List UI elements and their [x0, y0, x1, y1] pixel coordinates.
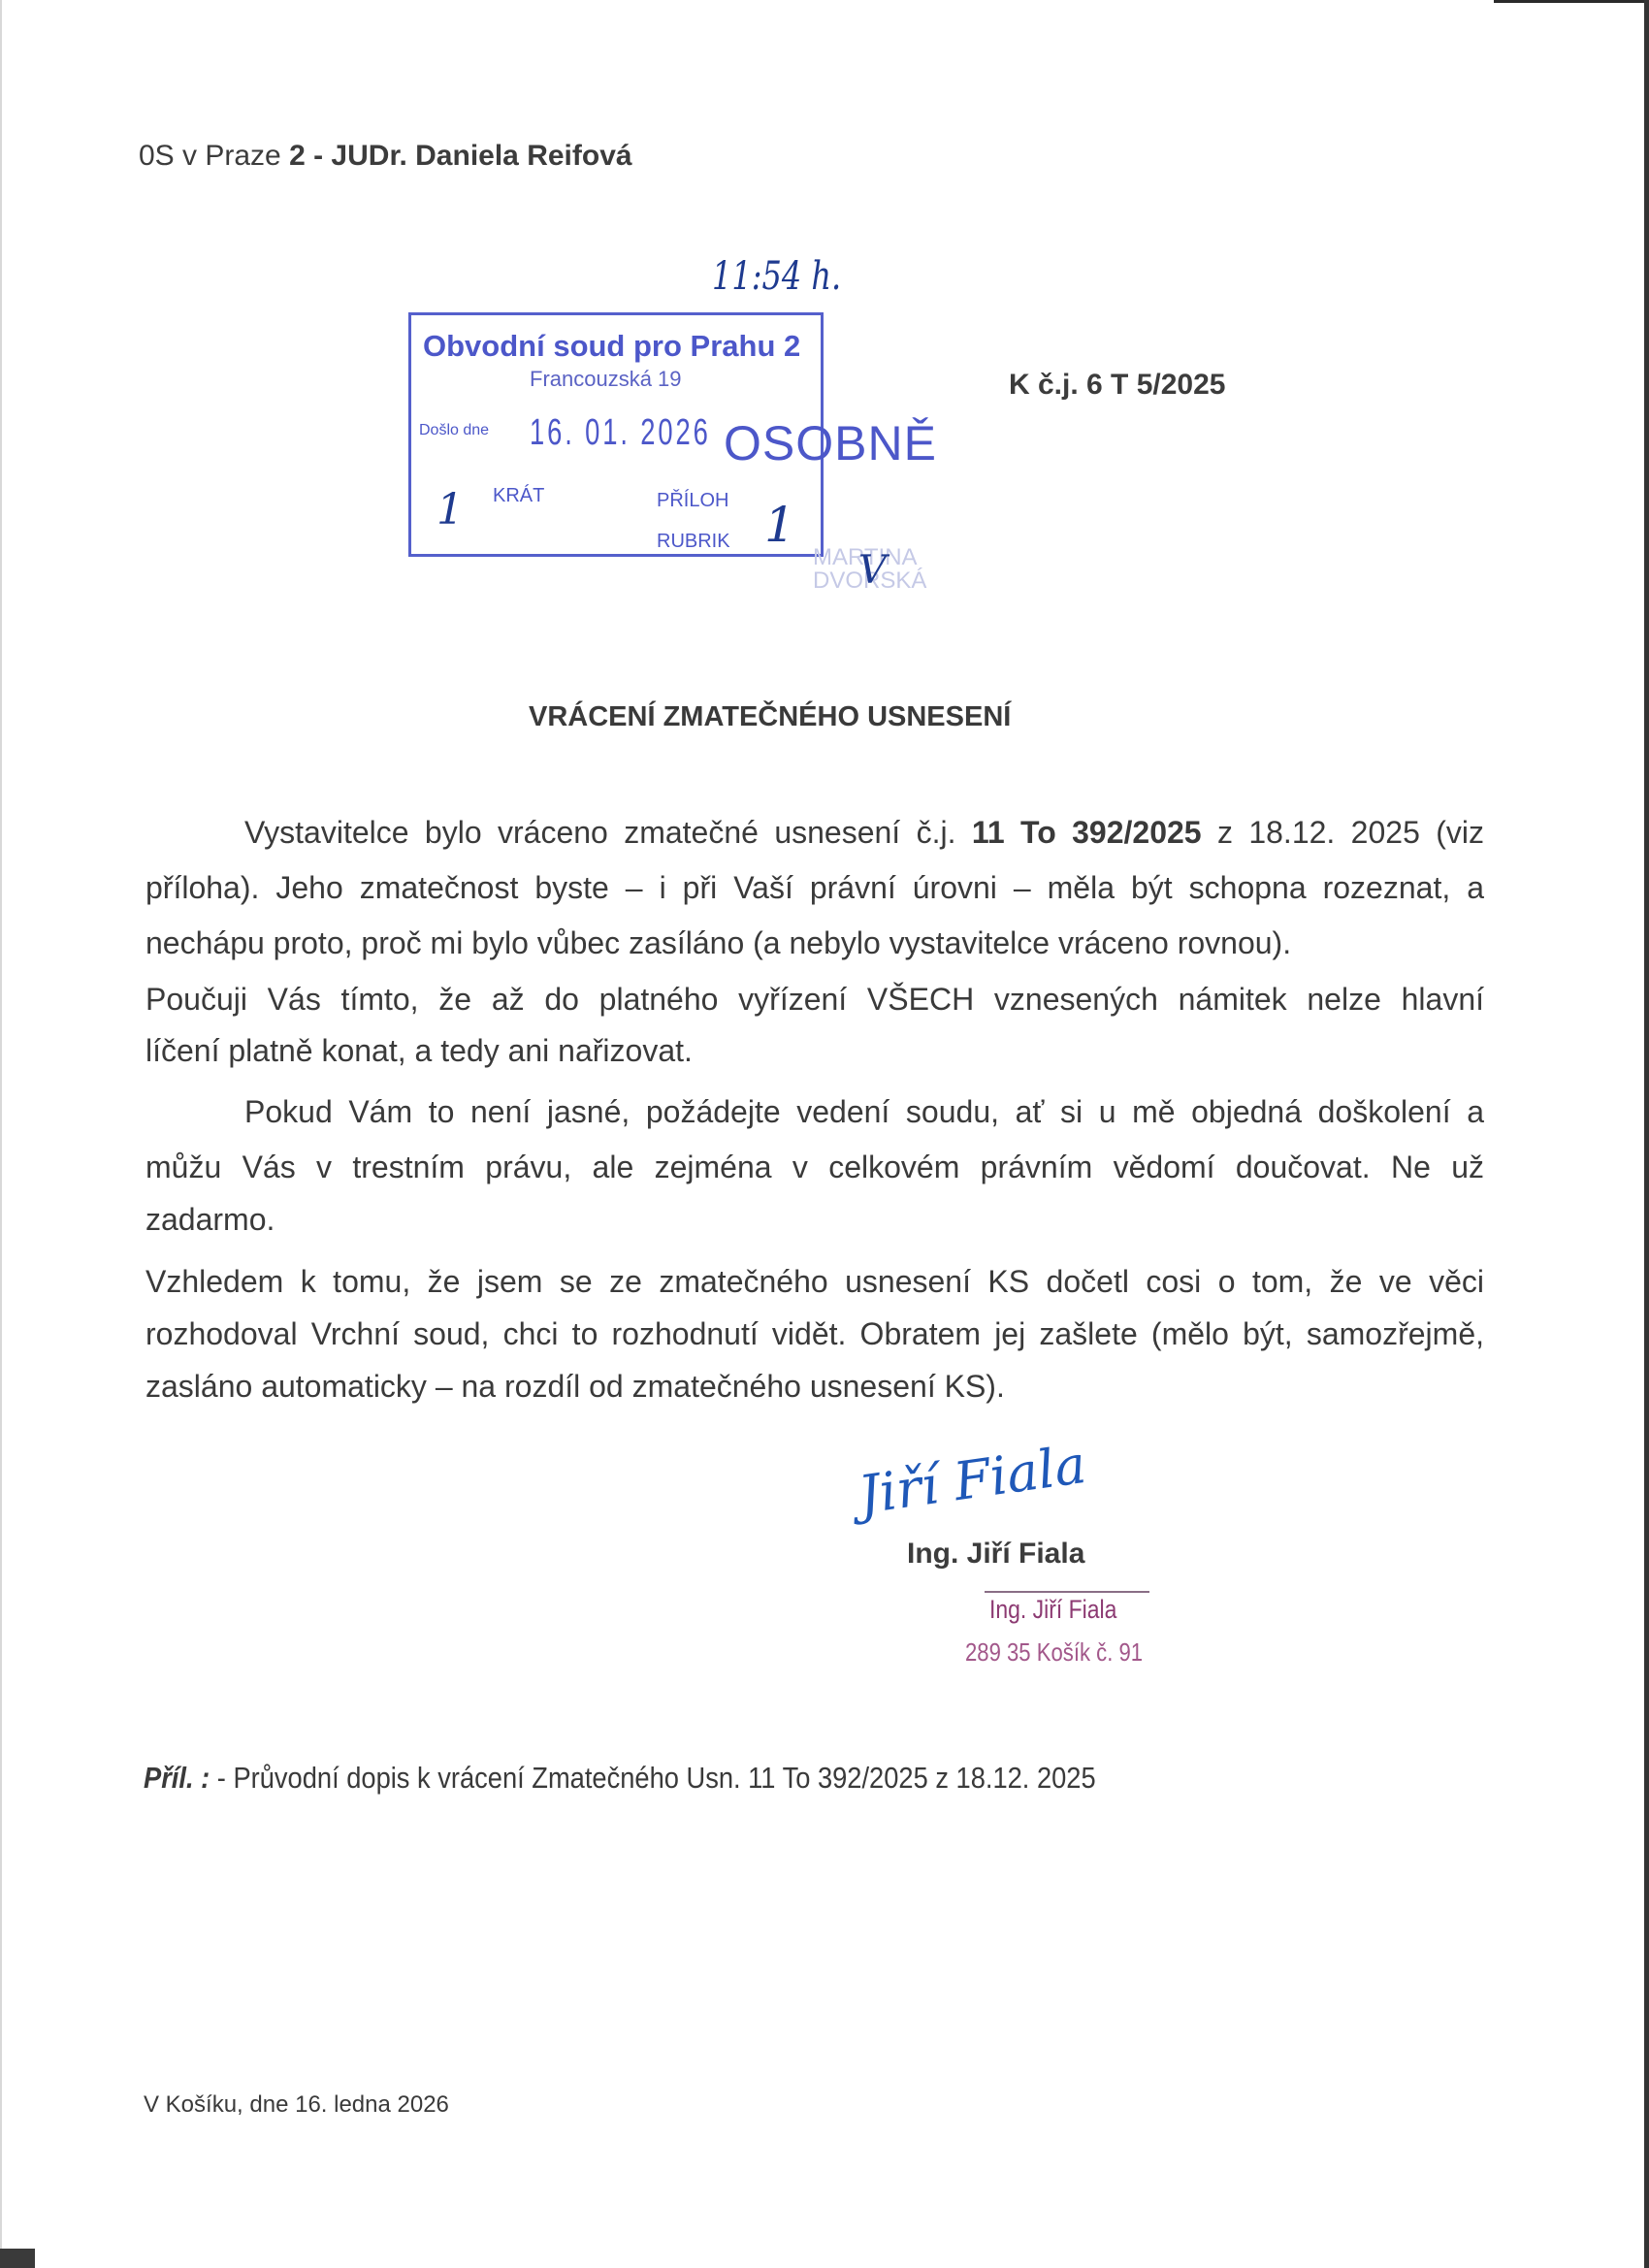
handwritten-signature: Jiří Fiala	[855, 1434, 1089, 1526]
scan-edge-top	[1494, 0, 1649, 3]
stamp-received-date: 16. 01. 2026	[530, 412, 711, 454]
body-p4-line2: rozhodoval Vrchní soud, chci to rozhodnu…	[145, 1314, 1484, 1353]
personal-stamp-name: Ing. Jiří Fiala	[989, 1595, 1116, 1625]
personal-stamp-address: 289 35 Košík č. 91	[965, 1637, 1143, 1668]
addressee-judge: - JUDr. Daniela Reifová	[313, 140, 631, 172]
addressee-line: 0S v Praze 2 - JUDr. Daniela Reifová	[139, 140, 632, 173]
body-p3-line2: můžu Vás v trestním právu, ale zejména v…	[145, 1148, 1484, 1186]
place-and-date: V Košíku, dne 16. ledna 2026	[144, 2091, 449, 2119]
attachment-text: - Průvodní dopis k vrácení Zmatečného Us…	[210, 1761, 1095, 1795]
signatory-name: Ing. Jiří Fiala	[907, 1538, 1084, 1571]
scan-edge-right	[1644, 0, 1649, 2268]
stamp-court-name: Obvodní soud pro Prahu 2	[423, 329, 800, 364]
body-p1-line1: Vystavitelce bylo vráceno zmatečné usnes…	[244, 813, 1484, 852]
addressee-court-number: 2	[289, 140, 306, 172]
addressee-court: 0S v Praze	[139, 140, 281, 172]
stamp-sheets-label: RUBRIK	[657, 531, 730, 553]
stamp-personal-mark: OSOBNĚ	[724, 415, 937, 471]
scan-edge-left	[0, 0, 2, 2268]
handwritten-time: 11:54 h.	[712, 254, 841, 299]
body-p1-line3: nechápu proto, proč mi bylo vůbec zasílá…	[145, 923, 1484, 962]
case-reference: K č.j. 6 T 5/2025	[1009, 369, 1225, 402]
body-text: z 18.12. 2025 (viz	[1202, 815, 1484, 850]
body-p2-line2: líčení platně konat, a tedy ani nařizova…	[145, 1031, 1484, 1070]
body-text: Vystavitelce bylo vráceno zmatečné usnes…	[244, 815, 972, 850]
body-p4-line3: zasláno automaticky – na rozdíl od zmate…	[145, 1367, 1484, 1406]
body-p2-line1: Poučuji Vás tímto, že až do platného vyř…	[145, 980, 1484, 1019]
stamp-times-label: KRÁT	[493, 485, 544, 507]
stamp-attachments-label: PŘÍLOH	[657, 490, 728, 512]
body-p3-line3: zadarmo.	[145, 1200, 1484, 1239]
handwritten-check-mark: V	[858, 548, 887, 593]
body-p4-line1: Vzhledem k tomu, že jsem se ze zmatečnéh…	[145, 1262, 1484, 1301]
stamp-received-label: Došlo dne	[419, 422, 489, 439]
body-p3-line1: Pokud Vám to není jasné, požádejte veden…	[244, 1092, 1484, 1131]
document-title: VRÁCENÍ ZMATEČNÉHO USNESENÍ	[529, 701, 1011, 733]
cited-resolution-number: 11 To 392/2025	[972, 815, 1202, 850]
stamp-street: Francouzská 19	[530, 367, 682, 392]
attachment-note: Příl. : - Průvodní dopis k vrácení Zmate…	[144, 1761, 1096, 1796]
attachment-label: Příl. :	[144, 1761, 210, 1795]
scan-corner-mark	[0, 2249, 35, 2268]
handwritten-times-count: 1	[436, 485, 464, 535]
personal-stamp-rule	[985, 1591, 1149, 1593]
handwritten-attachments-count: 1	[764, 497, 795, 553]
body-p1-line2: příloha). Jeho zmatečnost byste – i při …	[145, 868, 1484, 907]
